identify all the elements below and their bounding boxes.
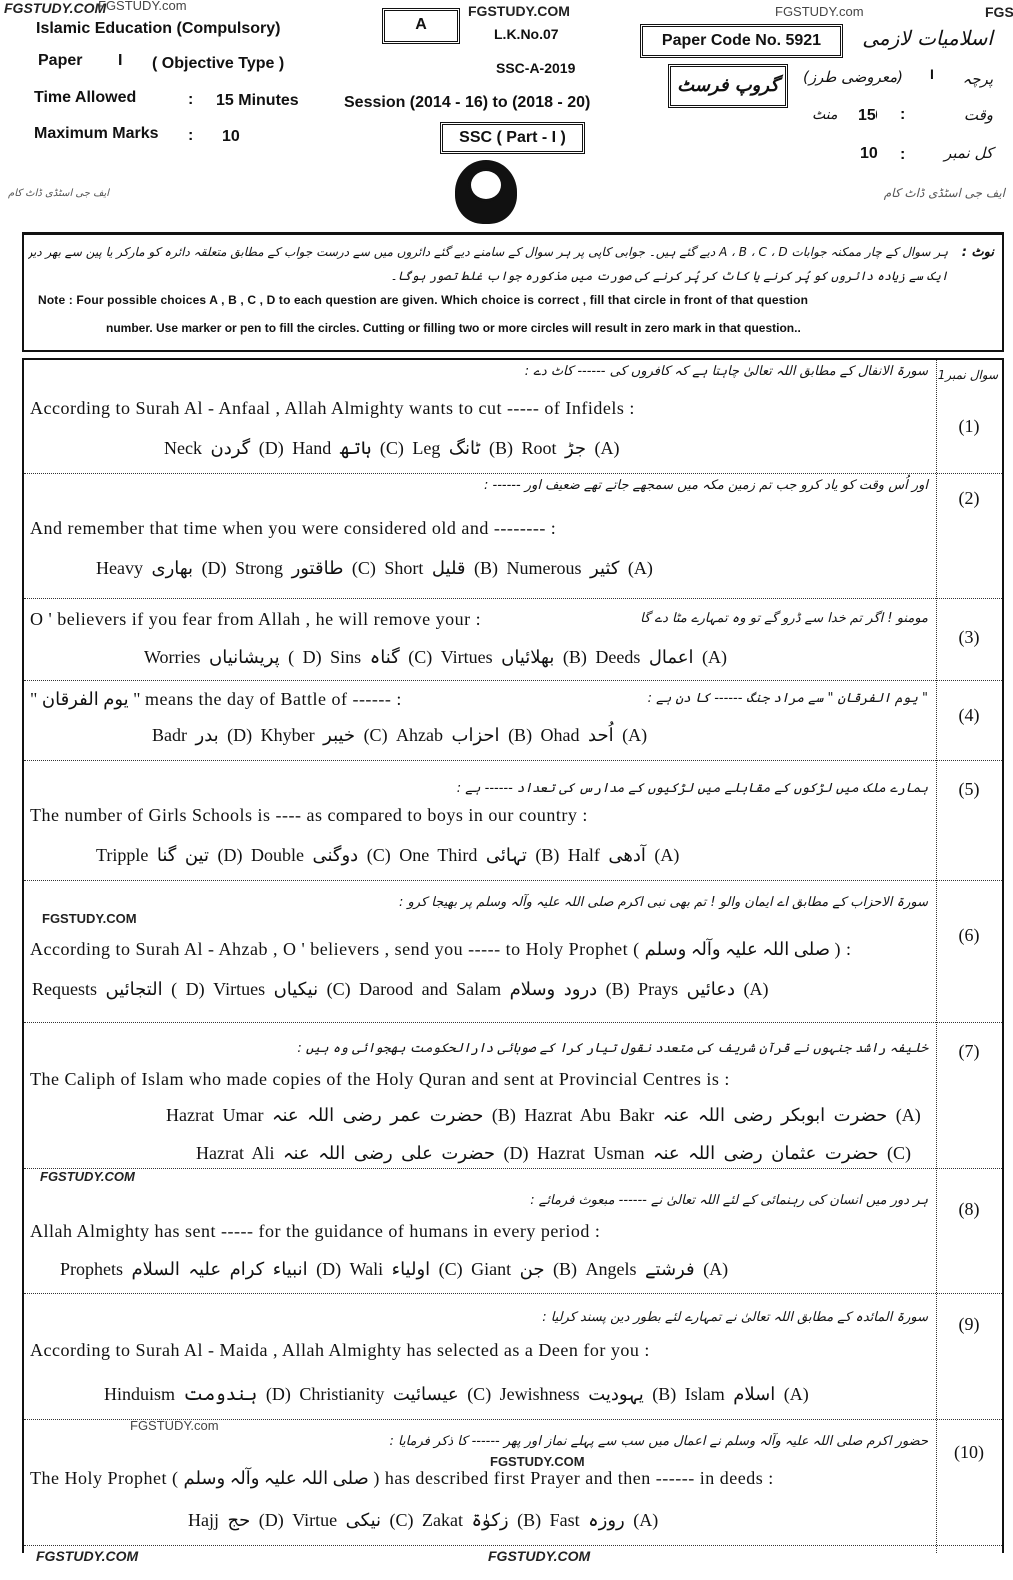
watermark: FGSTUDY.COM <box>4 0 106 16</box>
question-row: ہمارے ملک میں لڑکوں کے مقابلے میں لڑکیوں… <box>24 760 1002 880</box>
note-urdu-line-2: ایک سے زیادہ دائروں کو پُر کرنے یا کاٹ ک… <box>390 269 948 283</box>
marks-value: 10 <box>222 128 240 146</box>
watermark: FGSTUDY.COM <box>42 911 137 926</box>
note-english-line-2: number. Use marker or pen to fill the ci… <box>106 321 801 335</box>
group-box: گروپ فرسٹ <box>668 64 788 108</box>
question-urdu: سورۃ الاحزاب کے مطابق اے ایمان والو ! تم… <box>399 895 928 910</box>
question-urdu: ہمارے ملک میں لڑکوں کے مقابلے میں لڑکیوں… <box>457 781 928 796</box>
version-box: A <box>382 8 460 44</box>
minutes-urdu: منٹ <box>812 107 837 123</box>
colon: : <box>900 106 905 124</box>
paper-number-urdu-side: I <box>930 66 934 82</box>
colon: : <box>900 146 905 164</box>
paper-type-urdu: (معروضی طرز) <box>803 68 903 86</box>
board-emblem-inner <box>468 168 504 202</box>
question-row: اور اُس وقت کو یاد کرو جب تم زمین مکہ می… <box>24 473 1002 598</box>
question-english: The Caliph of Islam who made copies of t… <box>30 1069 730 1090</box>
question-row: " یوم الفرقان " means the day of Battle … <box>24 680 1002 760</box>
watermark: FGSTUDY.COM <box>468 3 570 19</box>
watermark-urdu: ایف جی اسٹڈی ڈاٹ کام <box>8 188 109 199</box>
watermark: FGSTUDY.COM <box>488 1548 590 1564</box>
watermark: FGSTUDY.com <box>130 1418 219 1433</box>
question-row: FGSTUDY.COM ہر دور میں انسان کی رہنمائی … <box>24 1168 1002 1293</box>
question-row: سورۃ المائدہ کے مطابق اللہ تعالیٰ نے تمہ… <box>24 1293 1002 1419</box>
question-urdu: حضور اکرم صلی اللہ علیہ وآلہ وسلم نے اعم… <box>389 1434 928 1449</box>
question-number: (3) <box>936 627 1002 648</box>
question-number: (8) <box>936 1199 1002 1220</box>
question-row: خلیفہ راشد جنہوں نے قرآن شریف کی متعدد ن… <box>24 1022 1002 1156</box>
watermark-urdu: ایف جی اسٹڈی ڈاٹ کام <box>884 186 1005 200</box>
time-urdu: وقت <box>964 106 993 124</box>
question-options: Badr بدر (D) Khyber خیبر (C) Ahzab احزاب… <box>152 725 647 746</box>
question-options: Neck گردن (D) Hand ہاتھ (C) Leg ٹانگ (B)… <box>164 438 620 459</box>
question-english: According to Surah Al - Maida , Allah Al… <box>30 1340 650 1361</box>
watermark: FGSTUDY.COM <box>490 1454 585 1469</box>
session: Session (2014 - 16) to (2018 - 20) <box>344 94 590 112</box>
time-label: Time Allowed <box>34 89 136 107</box>
question-english: And remember that time when you were con… <box>30 518 556 539</box>
note-english-line-1: Note : Four possible choices A , B , C ,… <box>38 293 808 307</box>
question-options-2: Hazrat Ali حضرت علی رضی اللہ عنہ (D) Haz… <box>196 1143 911 1164</box>
question-urdu: سورۃ الانفال کے مطابق اللہ تعالیٰ چاہتا … <box>525 364 928 379</box>
question-options: Heavy بھاری (D) Strong طاقتور (C) Short … <box>96 558 653 579</box>
questions-table: سوال نمبر1 سورۃ الانفال کے مطابق اللہ تع… <box>22 358 1004 1553</box>
question-urdu: سورۃ المائدہ کے مطابق اللہ تعالیٰ نے تمہ… <box>542 1310 928 1325</box>
paper-label: Paper <box>38 52 82 70</box>
question-options: Hazrat Umar حضرت عمر رضی اللہ عنہ (B) Ha… <box>166 1105 921 1126</box>
watermark: FGSTUDY.com <box>98 0 187 13</box>
question-urdu: " یوم الفرقان " سے مراد جنگ ------ کا دن… <box>648 691 928 706</box>
table-bottom-rule <box>24 1545 1002 1546</box>
question-options: Worries پریشانیاں ( D) Sins گناہ (C) Vir… <box>144 647 727 668</box>
question-urdu: ہر دور میں انسان کی رہنمائی کے لئے اللہ … <box>530 1193 928 1208</box>
watermark: FGSTUDY.COM <box>36 1548 138 1564</box>
question-number: (7) <box>936 1041 1002 1062</box>
question-options: Tripple تین گنا (D) Double دوگنی (C) One… <box>96 845 679 866</box>
paper-type: ( Objective Type ) <box>152 55 284 73</box>
question-row: سوال نمبر1 سورۃ الانفال کے مطابق اللہ تع… <box>24 358 1002 470</box>
question-english: According to Surah Al - Anfaal , Allah A… <box>30 398 635 419</box>
marks-label: Maximum Marks <box>34 125 159 143</box>
question-number: (9) <box>936 1314 1002 1335</box>
part-box: SSC ( Part - I ) <box>440 122 585 154</box>
question-english: Allah Almighty has sent ----- for the gu… <box>30 1221 600 1242</box>
question-number: (2) <box>936 488 1002 509</box>
time-minutes-num: 15 <box>858 107 876 125</box>
question-number: (10) <box>936 1442 1002 1463</box>
question-row: O ' believers if you fear from Allah , h… <box>24 598 1002 680</box>
colon: : <box>188 91 193 109</box>
instructions-box: نوٹ : ہر سوال کے چار ممکنہ جوابات A ، B … <box>22 232 1004 352</box>
lk-number: L.K.No.07 <box>494 26 559 42</box>
question-english: The Holy Prophet ( صلی اللہ علیہ وآلہ وس… <box>30 1468 774 1489</box>
colon: : <box>188 127 193 145</box>
question-options: Hinduism ہندومت (D) Christianity عیسائیت… <box>104 1384 809 1405</box>
question-english: The number of Girls Schools is ---- as c… <box>30 805 588 826</box>
subject-title: Islamic Education (Compulsory) <box>36 20 280 38</box>
note-label-urdu: نوٹ : <box>962 245 994 260</box>
question-options: Requests التجائیں ( D) Virtues نیکیاں (C… <box>32 979 769 1000</box>
question-english: According to Surah Al - Ahzab , O ' beli… <box>30 939 851 960</box>
question-english: " یوم الفرقان " means the day of Battle … <box>30 689 402 710</box>
question-urdu: اور اُس وقت کو یاد کرو جب تم زمین مکہ می… <box>484 478 928 493</box>
paper-urdu: پرچہ <box>962 70 993 88</box>
question-row: حضور اکرم صلی اللہ علیہ وآلہ وسلم نے اعم… <box>24 1419 1002 1545</box>
question-number: (1) <box>936 416 1002 437</box>
question-number: (4) <box>936 705 1002 726</box>
exam-code: SSC-A-2019 <box>496 60 575 76</box>
note-urdu-line-1: ہر سوال کے چار ممکنہ جوابات A ، B ، C ، … <box>28 245 948 259</box>
question-options: Prophets انبیاء کرام علیہ السلام (D) Wal… <box>60 1259 728 1280</box>
question-urdu: مومنو ! اگر تم خدا سے ڈرو گے تو وہ تمہار… <box>640 611 928 626</box>
watermark: FGSTUDY.COM <box>40 1169 135 1184</box>
marks-urdu: کل نمبر <box>944 144 993 162</box>
question-number: (5) <box>936 779 1002 800</box>
question-row: سورۃ الاحزاب کے مطابق اے ایمان والو ! تم… <box>24 880 1002 1022</box>
paper-code-box: Paper Code No. 5921 <box>640 24 843 58</box>
question-number: (6) <box>936 925 1002 946</box>
paper-number: I <box>118 52 122 70</box>
watermark: FGSTUDY.com <box>775 4 864 19</box>
subject-urdu: اسلامیات لازمی <box>862 26 993 50</box>
question-options: Hajj حج (D) Virtue نیکی (C) Zakat زکوٰۃ … <box>188 1510 658 1531</box>
question-urdu: خلیفہ راشد جنہوں نے قرآن شریف کی متعدد ن… <box>297 1041 928 1056</box>
time-value: 15 Minutes <box>216 92 299 110</box>
question-1-label-urdu: سوال نمبر1 <box>938 368 998 382</box>
watermark: FGS <box>985 4 1013 20</box>
question-english: O ' believers if you fear from Allah , h… <box>30 609 481 630</box>
marks-value-urdu: 10 <box>860 145 878 163</box>
